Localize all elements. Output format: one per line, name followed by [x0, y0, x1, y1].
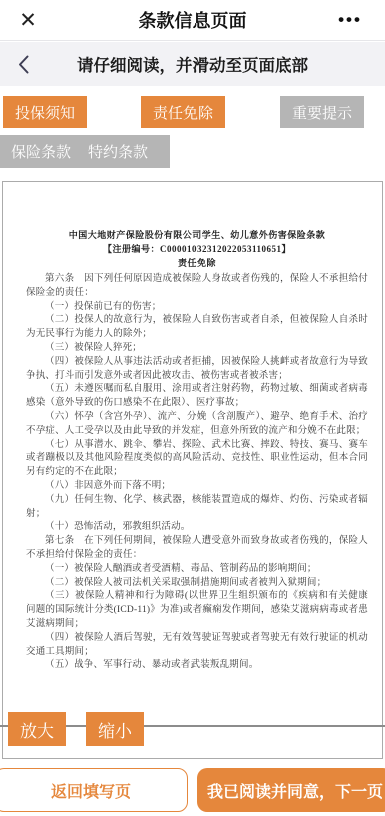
footer-action-bar: 返回填写页 我已阅读并同意，下一页 [0, 768, 385, 812]
document-paragraph: （一）投保前已有的伤害； [26, 301, 368, 315]
document-paragraph: 第七条 在下列任何期间，被保险人遭受意外而致身故或者伤残的，保险人不承担给付保险… [26, 535, 368, 563]
agree-next-page-button[interactable]: 我已阅读并同意，下一页 [197, 768, 385, 812]
page-title: 条款信息页面 [139, 7, 247, 33]
document-paragraph: （八）非因意外而下落不明； [26, 480, 368, 494]
document-paragraph: 第六条 因下列任何原因造成被保险人身故或者伤残的，保险人不承担给付保险金的责任： [26, 273, 368, 301]
document-paragraph: （三）被保险人精神和行为障碍(以世界卫生组织颁布的《疾病和有关健康问题的国际统计… [26, 590, 368, 631]
document-paragraph: （三）被保险人猝死； [26, 342, 368, 356]
document-paragraph: （四）被保险人从事违法活动或者拒捕，因被保险人挑衅或者故意行为导致争执、打斗而引… [26, 356, 368, 384]
tab-insurance-notice[interactable]: 投保须知 [3, 96, 87, 128]
document-paragraph: （四）被保险人酒后驾驶，无有效驾驶证驾驶或者驾驶无有效行驶证的机动交通工具期间； [26, 632, 368, 660]
document-paragraph: （二）被保险人被司法机关采取强制措施期间或者被判入狱期间； [26, 577, 368, 591]
close-icon[interactable]: ✕ [13, 8, 43, 34]
document-paragraph: （七）从事潜水、跳伞、攀岩、探险、武术比赛、摔跤、特技、赛马、赛车或者蹦极以及其… [26, 439, 368, 480]
zoom-in-button[interactable]: 放大 [8, 712, 66, 746]
tab-liability-exemption[interactable]: 责任免除 [141, 96, 225, 128]
zoom-out-button[interactable]: 缩小 [86, 712, 144, 746]
more-menu-icon[interactable]: ••• [329, 6, 371, 34]
terms-document-content: 中国大地财产保险股份有限公司学生、幼儿意外伤害保险条款 【注册编号：C00001… [3, 182, 382, 673]
document-title-line1: 中国大地财产保险股份有限公司学生、幼儿意外伤害保险条款 [26, 228, 368, 242]
tab-important-notice[interactable]: 重要提示 [280, 96, 364, 128]
return-to-form-button[interactable]: 返回填写页 [0, 768, 188, 812]
tab-insurance-clauses[interactable]: 保险条款 [11, 141, 71, 162]
document-paragraph: （五）未遵医嘱而私自服用、涂用或者注射药物，药物过敏、细菌或者病毒感染（意外导致… [26, 383, 368, 411]
document-paragraph: （五）战争、军事行动、暴动或者武装叛乱期间。 [26, 659, 368, 673]
top-navbar: ✕ 条款信息页面 ••• [0, 0, 385, 41]
tabs-row2: 保险条款 特约条款 [0, 135, 170, 168]
back-chevron-icon[interactable] [12, 53, 34, 75]
document-section-title: 责任免除 [26, 256, 368, 270]
terms-info-page: ✕ 条款信息页面 ••• 请仔细阅读，并滑动至页面底部 投保须知 责任免除 重要… [0, 0, 385, 816]
terms-document-viewer[interactable]: 中国大地财产保险股份有限公司学生、幼儿意外伤害保险条款 【注册编号：C00001… [2, 181, 383, 759]
document-paragraph: （一）被保险人酗酒或者受酒精、毒品、管制药品的影响期间； [26, 563, 368, 577]
document-paragraph: （二）投保人的故意行为，被保险人自致伤害或者自杀，但被保险人自杀时为无民事行为能… [26, 314, 368, 342]
document-paragraph: （九）任何生物、化学、核武器，核能装置造成的爆炸、灼伤、污染或者辐射； [26, 494, 368, 522]
document-paragraph: （十）恐怖活动，邪教组织活动。 [26, 521, 368, 535]
document-registration-number: 【注册编号：C00001032312022053110651】 [26, 242, 368, 256]
subheader-bar: 请仔细阅读，并滑动至页面底部 [0, 42, 385, 86]
subheader-title: 请仔细阅读，并滑动至页面底部 [77, 52, 308, 76]
tab-special-clauses[interactable]: 特约条款 [88, 141, 148, 162]
document-paragraph: （六）怀孕（含宫外孕）、流产、分娩（含剖腹产）、避孕、绝育手术、治疗不孕症、人工… [26, 411, 368, 439]
document-paragraphs: 第六条 因下列任何原因造成被保险人身故或者伤残的，保险人不承担给付保险金的责任：… [26, 273, 368, 673]
